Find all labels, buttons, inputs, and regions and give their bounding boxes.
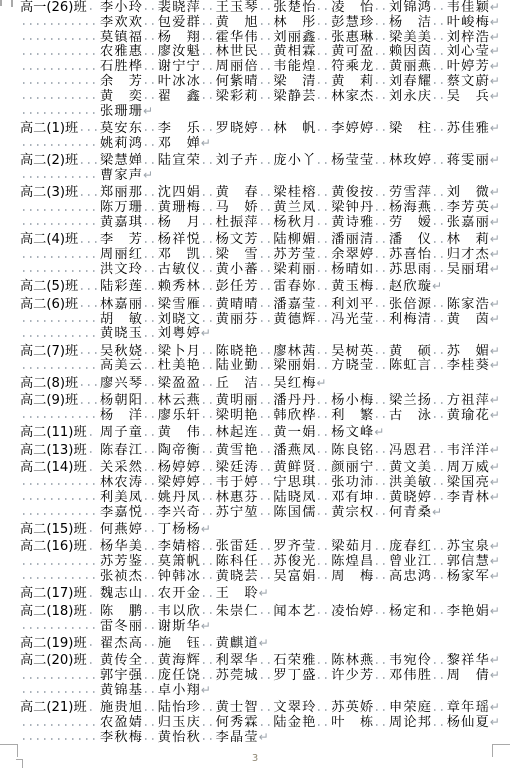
student-name: 黄晓婷: [389, 491, 431, 506]
tab-leader-dots: [81, 384, 97, 386]
roster-line: 高美云杜美艳陆业勤梁丽娟方晓莹陈虹言李桂葵↵: [20, 359, 506, 374]
tab-leader-dots: [376, 709, 386, 711]
student-name: 郭信慧: [447, 555, 489, 570]
tab-leader-dots: [145, 738, 155, 740]
line-break-mark-icon: ↵: [259, 636, 269, 651]
roster-line: 高二(8)班廖兴琴梁盈盈丘洁吴红梅↵: [20, 377, 506, 392]
name-slot: 梁清: [273, 75, 331, 90]
tab-leader-dots: [434, 548, 444, 550]
roster-line: 李秋梅黄怡秋李晶莹↵: [20, 731, 506, 746]
tab-leader-dots: [434, 97, 444, 99]
tab-leader-dots: [318, 434, 328, 436]
student-name: 翟杰高: [100, 637, 142, 652]
name-slot: 梁柱: [389, 122, 447, 137]
tab-leader-dots: [261, 288, 271, 290]
student-name: 罗晓婷: [216, 122, 258, 137]
tab-leader-dots: [261, 129, 271, 131]
student-name: 庞小丫: [273, 154, 315, 169]
student-name: 李小玲: [100, 1, 142, 16]
name-slot: 李兴奇: [158, 506, 216, 521]
name-slot: 张祯杰: [100, 570, 158, 585]
student-name: 黄丽芬: [216, 313, 258, 328]
student-name: 庞春红: [389, 540, 431, 555]
student-name: 利美凤: [100, 491, 142, 506]
name-slot: 黄一娟: [273, 426, 331, 441]
line-break-mark-icon: ↵: [490, 247, 500, 262]
name-slot: 叶婷芳: [447, 60, 489, 75]
student-name: 魏志山: [100, 587, 142, 602]
tab-leader-dots: [23, 223, 97, 225]
tab-leader-dots: [376, 483, 386, 485]
student-name: 章年瑶: [447, 701, 489, 716]
name-slot: 方祖萍: [447, 394, 489, 409]
class-label-cell: [20, 207, 100, 211]
name-slot: 蒋雯丽: [447, 154, 489, 169]
name-slot: 何青桑: [389, 506, 431, 521]
tab-leader-dots: [434, 709, 444, 711]
name-slot: 朱崇仁: [216, 605, 274, 620]
tab-leader-dots: [261, 416, 271, 418]
student-name: 周万威: [447, 461, 489, 476]
tab-leader-dots: [434, 577, 444, 579]
tab-leader-dots: [203, 68, 213, 70]
student-name: 杨朝阳: [100, 394, 142, 409]
line-break-mark-icon: ↵: [490, 653, 500, 668]
tab-leader-dots: [203, 709, 213, 711]
roster-line: 高二(20)班黄传全黄海辉利翠华石荣雅陈林燕韦宛伶黎祥华↵: [20, 654, 506, 669]
name-slot: 黄相霖: [273, 45, 331, 60]
tab-leader-dots: [145, 82, 155, 84]
name-slot: 杨华美: [100, 540, 158, 555]
class-label: 高二(2)班: [20, 154, 78, 169]
name-slot: 叶冰冰: [158, 75, 216, 90]
tab-leader-dots: [203, 577, 213, 579]
line-break-mark-icon: ↵: [490, 262, 500, 277]
name-slot: 彭慧珍: [331, 16, 389, 31]
tab-leader-dots: [261, 68, 271, 70]
class-label-cell: 高二(17)班: [20, 587, 100, 602]
student-name: 谢斯华: [158, 620, 200, 635]
student-name: 黄旭: [216, 16, 258, 31]
name-slot: 裴晓萍: [158, 1, 216, 16]
student-name: 曹家声: [100, 169, 142, 184]
tab-leader-dots: [434, 209, 444, 211]
name-slot: 高忠鸿: [389, 570, 447, 585]
student-name: 林莉: [447, 233, 489, 248]
line-break-mark-icon: ↵: [432, 279, 442, 294]
student-name: 黄晓芸: [216, 570, 258, 585]
student-name: 陈虹言: [389, 359, 431, 374]
tab-leader-dots: [261, 97, 271, 99]
line-break-mark-icon: ↵: [490, 153, 500, 168]
tab-leader-dots: [376, 162, 386, 164]
tab-leader-dots: [261, 724, 271, 726]
tab-leader-dots: [23, 498, 97, 500]
student-name: 陆怡珍: [158, 701, 200, 716]
line-break-mark-icon: ↵: [490, 475, 500, 490]
student-name: 黄士智: [216, 701, 258, 716]
student-name: 雷冬丽: [100, 620, 142, 635]
tab-leader-dots: [318, 256, 328, 258]
student-name: 凌怡婷: [331, 605, 373, 620]
class-label-cell: [20, 268, 100, 272]
tab-leader-dots: [23, 320, 97, 322]
tab-leader-dots: [318, 677, 328, 679]
tab-leader-dots: [203, 469, 213, 471]
class-label: 高二(3)班: [20, 186, 78, 201]
student-name: 王聆: [216, 587, 258, 602]
line-break-mark-icon: ↵: [490, 200, 500, 215]
crop-mark-top-left: [0, 0, 2, 6]
name-slot: 杨洋: [100, 409, 158, 424]
tab-leader-dots: [145, 612, 155, 614]
tab-leader-dots: [434, 320, 444, 322]
student-name: 李青林: [447, 491, 489, 506]
student-name: 杨秋月: [273, 216, 315, 231]
student-name: 吴丽珺: [447, 263, 489, 278]
name-slot: 施贵旭: [100, 701, 158, 716]
tab-leader-dots: [434, 498, 444, 500]
name-slot: 李芳英: [447, 201, 489, 216]
tab-leader-dots: [261, 451, 271, 453]
tab-leader-dots: [376, 53, 386, 55]
student-name: 雷春妳: [273, 280, 315, 295]
tab-leader-dots: [23, 38, 97, 40]
roster-line: 周丽红邓凯梁雪苏芳莹余翠婷苏喜怡归才杰↵: [20, 248, 506, 263]
roster-line: 高二(5)班陆彩莲赖秀林彭任芳雷春妳黄玉梅赵欣璇↵: [20, 280, 506, 295]
tab-leader-dots: [90, 469, 97, 471]
class-label-cell: [20, 95, 100, 99]
tab-leader-dots: [23, 176, 97, 178]
student-name: 裴晓萍: [158, 1, 200, 16]
name-slot: 黄嘉琪: [100, 216, 158, 231]
student-name: 杜振萍: [216, 216, 258, 231]
student-name: 姚丹凤: [158, 491, 200, 506]
tab-leader-dots: [376, 8, 386, 10]
name-slot: 李婧榕: [158, 540, 216, 555]
tab-leader-dots: [145, 644, 155, 646]
student-name: 黄瑜花: [447, 409, 489, 424]
tab-leader-dots: [145, 367, 155, 369]
student-name: 黄相霖: [273, 45, 315, 60]
line-break-mark-icon: ↵: [432, 505, 442, 520]
name-slot: 李晶莹: [216, 731, 258, 746]
student-name: 陈春江: [100, 444, 142, 459]
name-slot: 梁明艳: [216, 409, 274, 424]
tab-leader-dots: [145, 162, 155, 164]
tab-leader-dots: [203, 402, 213, 404]
name-slot: 刘春耀: [389, 75, 447, 90]
tab-leader-dots: [318, 68, 328, 70]
tab-leader-dots: [145, 402, 155, 404]
name-slot: 符乘龙: [331, 60, 389, 75]
student-name: 黄德辉: [273, 313, 315, 328]
class-label-cell: [20, 36, 100, 40]
name-slot: 李青林: [447, 491, 489, 506]
student-name: 李兴奇: [158, 506, 200, 521]
student-name: 罗齐莹: [273, 540, 315, 555]
student-name: 苏宁堃: [216, 506, 258, 521]
tab-leader-dots: [23, 112, 97, 114]
tab-leader-dots: [318, 724, 328, 726]
tab-leader-dots: [376, 270, 386, 272]
name-slot: 罗齐莹: [273, 540, 331, 555]
tab-leader-dots: [261, 320, 271, 322]
student-name: 翟鑫: [158, 90, 200, 105]
name-slot: 黄鲜贤: [273, 461, 331, 476]
student-name: 陆金艳: [273, 716, 315, 731]
tab-leader-dots: [261, 577, 271, 579]
tab-leader-dots: [23, 577, 97, 579]
student-name: 吴红梅: [273, 377, 315, 392]
line-break-mark-icon: ↵: [490, 312, 500, 327]
tab-leader-dots: [145, 38, 155, 40]
student-name: 梁明艳: [216, 409, 258, 424]
student-name: 黄锦基: [100, 684, 142, 699]
tab-leader-dots: [81, 241, 97, 243]
student-name: 张功沛: [331, 476, 373, 491]
tab-leader-dots: [261, 162, 271, 164]
class-label-cell: 高二(11)班: [20, 426, 100, 441]
student-name: 符乘龙: [331, 60, 373, 75]
student-name: 林农涛: [100, 476, 142, 491]
roster-line: 洪文玲古敏仪黄小蕃梁莉丽杨晴如苏思雨吴丽珺↵: [20, 263, 506, 278]
tab-leader-dots: [376, 256, 386, 258]
tab-leader-dots: [23, 335, 97, 337]
student-name: 周梅: [331, 570, 373, 585]
tab-leader-dots: [261, 8, 271, 10]
tab-leader-dots: [203, 320, 213, 322]
roster-line: 高二(9)班杨朝阳林云燕黄明丽潘丹丹杨小梅梁兰扬方祖萍↵: [20, 394, 506, 409]
name-slot: 陈煌昌: [331, 555, 389, 570]
tab-leader-dots: [203, 451, 213, 453]
class-label-cell: 高二(14)班: [20, 461, 100, 476]
name-slot: 庞任饶: [158, 669, 216, 684]
tab-leader-dots: [145, 434, 155, 436]
student-name: 韦能煌: [273, 60, 315, 75]
tab-leader-dots: [90, 548, 97, 550]
tab-leader-dots: [90, 612, 97, 614]
roster-line: 张珊珊↵: [20, 105, 506, 120]
class-label-cell: 高二(19)班: [20, 637, 100, 652]
tab-leader-dots: [145, 68, 155, 70]
student-name: 周子童: [100, 426, 142, 441]
student-name: 梁柱: [389, 122, 431, 137]
line-break-mark-icon: ↵: [374, 425, 384, 440]
name-slot: 黄珊梅: [158, 201, 216, 216]
tab-leader-dots: [376, 612, 386, 614]
student-name: 杨晴如: [331, 263, 373, 278]
student-name: 叶峻梅: [447, 16, 489, 31]
name-slot: 黄文美: [389, 461, 447, 476]
name-slot: 郭宇强: [100, 669, 158, 684]
tab-leader-dots: [318, 402, 328, 404]
student-name: 黄伟: [158, 426, 200, 441]
tab-leader-dots: [261, 53, 271, 55]
student-name: 杜美艳: [158, 359, 200, 374]
name-slot: 曾业江: [389, 555, 447, 570]
student-name: 李桂葵: [447, 359, 489, 374]
name-slot: 刘微: [447, 186, 489, 201]
name-slot: 吴丽珺: [447, 263, 489, 278]
name-slot: 梁廷涛: [216, 461, 274, 476]
student-name: 许少芳: [331, 669, 373, 684]
line-break-mark-icon: ↵: [490, 443, 500, 458]
student-name: 杨定和: [389, 605, 431, 620]
class-label-cell: [20, 365, 100, 369]
tab-leader-dots: [434, 129, 444, 131]
tab-leader-dots: [145, 223, 155, 225]
name-slot: 梁兰扬: [389, 394, 447, 409]
name-slot: 林惠芬: [216, 491, 274, 506]
student-name: 梁兰扬: [389, 394, 431, 409]
student-name: 邓伟胜: [389, 669, 431, 684]
student-name: 苏佳雅: [447, 122, 489, 137]
line-break-mark-icon: ↵: [201, 683, 211, 698]
tab-leader-dots: [203, 548, 213, 550]
student-name: 杨莹莹: [331, 154, 373, 169]
tab-leader-dots: [23, 627, 97, 629]
tab-leader-dots: [376, 451, 386, 453]
tab-leader-dots: [434, 612, 444, 614]
student-name: 黄春: [216, 186, 258, 201]
roster-line: 高二(14)班关采然杨婷婷梁廷涛黄鲜贤颜丽宁黄文美周万威↵: [20, 461, 506, 476]
tab-leader-dots: [318, 97, 328, 99]
student-name: 苏俊光: [273, 555, 315, 570]
line-break-mark-icon: ↵: [143, 104, 153, 119]
student-name: 杨华美: [100, 540, 142, 555]
class-label-cell: [20, 318, 100, 322]
roster-line: 余芳叶冰冰何紫晴梁清黄莉刘春耀蔡文蔚↵: [20, 75, 506, 90]
class-label-cell: [20, 110, 100, 114]
name-slot: 黄晴晴: [216, 298, 274, 313]
name-slot: 杨月: [158, 216, 216, 231]
name-slot: 郭信慧: [447, 555, 489, 570]
name-slot: 归玉庆: [158, 716, 216, 731]
line-break-mark-icon: ↵: [316, 376, 326, 391]
name-slot: 林莉: [447, 233, 489, 248]
student-name: 林帆: [273, 122, 315, 137]
student-name: 周丽倍: [216, 60, 258, 75]
tab-leader-dots: [203, 305, 213, 307]
name-slot: 苏宝泉: [447, 540, 489, 555]
class-label-cell: [20, 142, 100, 146]
tab-leader-dots: [90, 709, 97, 711]
student-name: 张楚怡: [273, 1, 315, 16]
line-break-mark-icon: ↵: [490, 74, 500, 89]
tab-leader-dots: [145, 451, 155, 453]
tab-leader-dots: [203, 270, 213, 272]
name-slot: 李欢欢: [100, 16, 158, 31]
student-name: 姚莉鸿: [100, 137, 142, 152]
name-slot: 莫箫帆: [158, 555, 216, 570]
class-label-cell: 高二(6)班: [20, 298, 100, 313]
tab-leader-dots: [203, 352, 213, 354]
name-slot: 李桂葵: [447, 359, 489, 374]
page-number: 3: [0, 753, 510, 764]
name-slot: 劳嫒: [389, 216, 447, 231]
student-name: 洪美敏: [389, 476, 431, 491]
roster-line: 高二(7)班吴秋娆梁卜月陈晓艳廖林茜吴树英黄硕苏媚↵: [20, 345, 506, 360]
name-slot: 韦能煌: [273, 60, 331, 75]
name-slot: 杨晴如: [331, 263, 389, 278]
student-name: 梁雪: [216, 248, 258, 263]
name-slot: 赖因茵: [389, 45, 447, 60]
name-slot: 梁丽娟: [273, 359, 331, 374]
tab-leader-dots: [203, 97, 213, 99]
name-slot: 杨婷婷: [158, 461, 216, 476]
class-label: 高二(7)班: [20, 345, 78, 360]
line-break-mark-icon: ↵: [201, 522, 211, 537]
class-label-cell: [20, 333, 100, 337]
tab-leader-dots: [203, 612, 213, 614]
tab-leader-dots: [434, 223, 444, 225]
tab-leader-dots: [376, 23, 386, 25]
name-slot: 黄旭: [216, 16, 274, 31]
tab-leader-dots: [90, 662, 97, 664]
student-name: 梁莉丽: [273, 263, 315, 278]
name-slot: 章年瑶: [447, 701, 489, 716]
line-break-mark-icon: ↵: [490, 539, 500, 554]
student-name: 邓凯: [158, 248, 200, 263]
class-label: 高二(1)班: [20, 122, 78, 137]
tab-leader-dots: [318, 129, 328, 131]
name-slot: 赖秀林: [158, 280, 216, 295]
name-slot: 利繁: [331, 409, 389, 424]
class-label: 高二(15)班: [20, 523, 87, 538]
name-slot: 农雅惠: [100, 45, 158, 60]
name-slot: 吴富娟: [273, 570, 331, 585]
name-slot: 杨莹莹: [331, 154, 389, 169]
roster-line: 曹家声↵: [20, 169, 506, 184]
student-name: 吴富娟: [273, 570, 315, 585]
student-name: 韦佳颖: [447, 1, 489, 16]
student-name: 陆晓凤: [273, 491, 315, 506]
name-slot: 曹家声: [100, 169, 142, 184]
tab-leader-dots: [81, 352, 97, 354]
tab-leader-dots: [203, 724, 213, 726]
tab-leader-dots: [261, 498, 271, 500]
name-slot: 黄宗权: [331, 506, 389, 521]
name-slot: 雷冬丽: [100, 620, 158, 635]
tab-leader-dots: [203, 677, 213, 679]
student-name: 潘丹丹: [273, 394, 315, 409]
student-name: 陶帝衡: [158, 444, 200, 459]
name-slot: 邓伟胜: [389, 669, 447, 684]
name-slot: 杨海燕: [389, 201, 447, 216]
student-name: 陈万珊: [100, 201, 142, 216]
tab-leader-dots: [261, 709, 271, 711]
name-slot: 苏思雨: [389, 263, 447, 278]
line-break-mark-icon: ↵: [490, 30, 500, 45]
tab-leader-dots: [434, 256, 444, 258]
tab-leader-dots: [318, 416, 328, 418]
class-label: 高二(17)班: [20, 587, 87, 602]
roster-line: 张祯杰钟韩冰黄晓芸吴富娟周梅高忠鸿杨家军↵: [20, 570, 506, 585]
class-label-cell: 高二(2)班: [20, 154, 100, 169]
name-slot: 潘燕凤: [273, 444, 331, 459]
class-label-cell: [20, 496, 100, 500]
name-slot: 石胜桦: [100, 60, 158, 75]
name-slot: 丘洁: [216, 377, 274, 392]
roster-line: 雷冬丽谢斯华↵: [20, 620, 506, 635]
name-slot: 凌怡婷: [331, 605, 389, 620]
tab-leader-dots: [145, 577, 155, 579]
student-name: 黄晓玉: [100, 327, 142, 342]
name-slot: 颜丽宁: [331, 461, 389, 476]
tab-leader-dots: [261, 38, 271, 40]
name-slot: 丁杨杨: [158, 523, 200, 538]
